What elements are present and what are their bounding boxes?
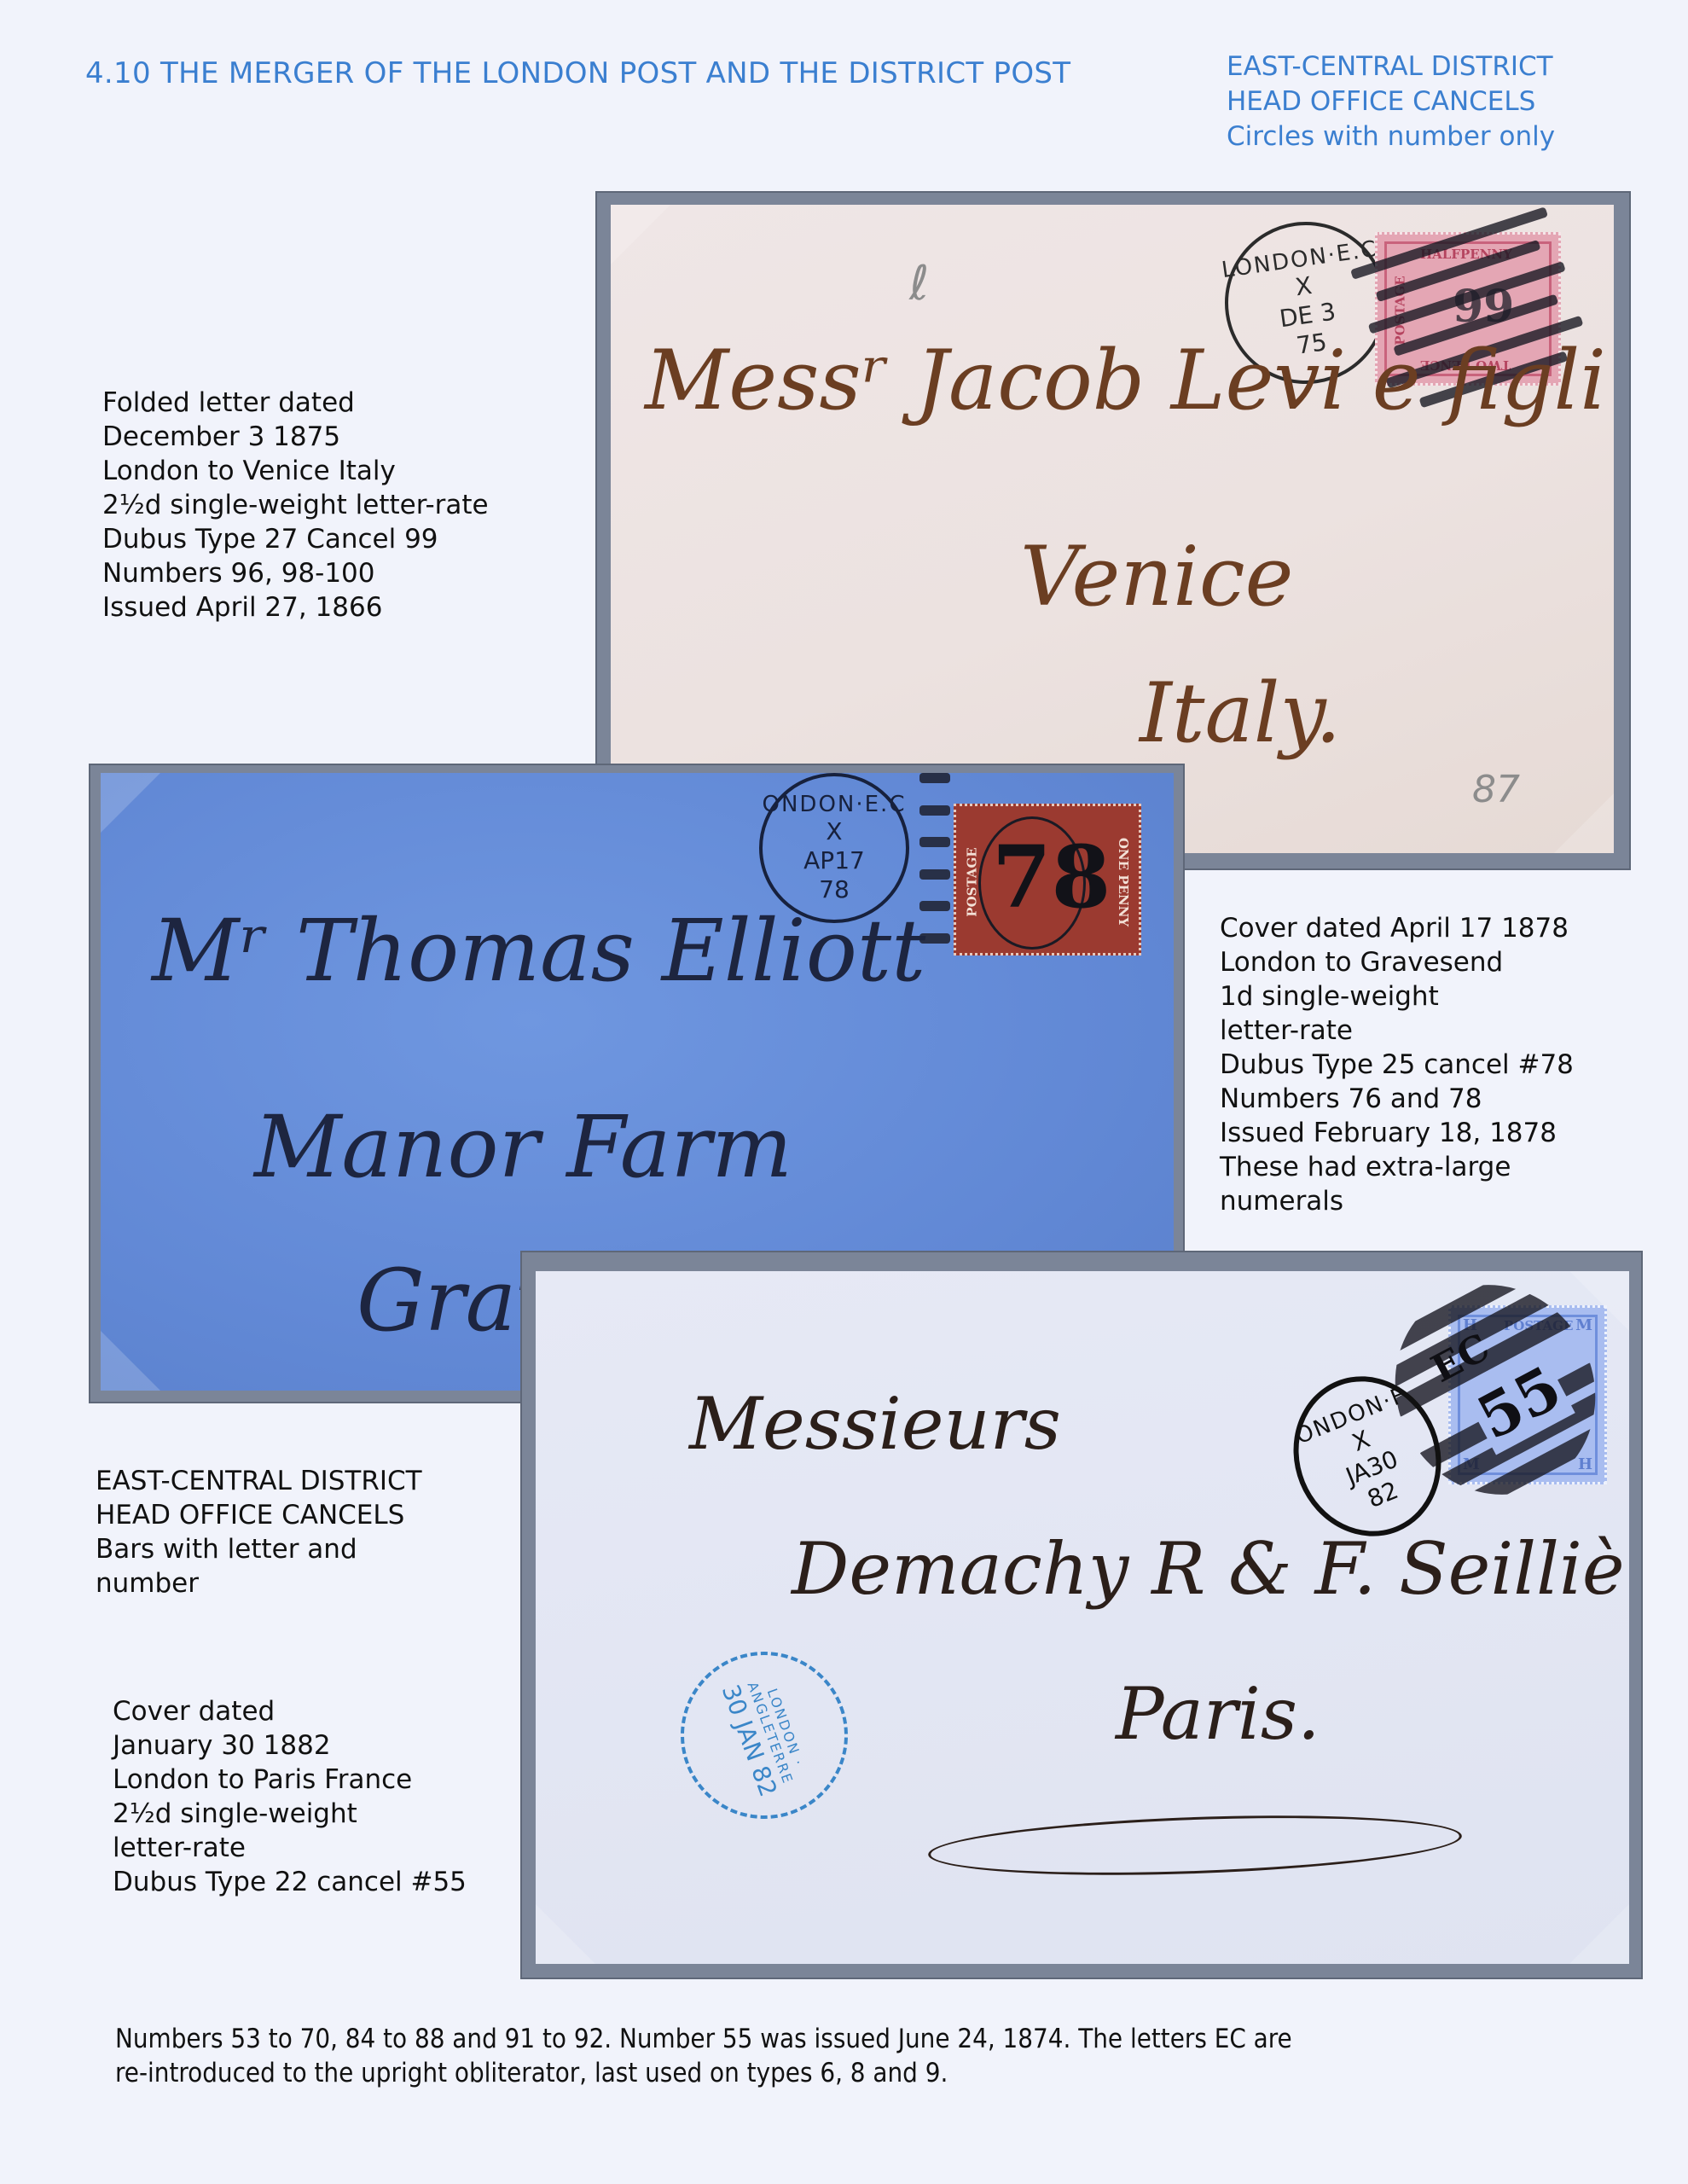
description-line: These had extra-large [1220,1150,1574,1184]
postmark-office: ONDON·E.C [763,792,907,817]
cover1-address-line: Messʳ Jacob Levi e figli [645,333,1606,428]
description-line: London to Venice Italy [102,454,489,488]
pencil-note: ℓ [909,256,929,311]
subheading-line: Circles with number only [1227,119,1555,154]
postmark-code: X [826,817,842,846]
cover3-address-line: Paris. [1116,1672,1320,1756]
postmark-date: DE 3 [1278,297,1337,334]
cover1-address-line: Venice [1020,529,1293,624]
mount-corner [611,205,670,264]
description-line: Dubus Type 22 cancel #55 [113,1865,467,1899]
subheading-line: Bars with letter and [96,1532,422,1566]
cover3-address-line: Demachy R & F. Seillière [792,1527,1629,1611]
subheading-line: number [96,1566,422,1600]
page-title: 4.10 THE MERGER OF THE LONDON POST AND T… [85,56,1070,90]
mount-corner [101,773,160,833]
section-subheading-circles: EAST-CENTRAL DISTRICT HEAD OFFICE CANCEL… [1227,49,1555,154]
cover3-entire-letter: H M M H POSTAGE EC 55 ONDON·F X JA30 82 … [536,1271,1629,1964]
pencil-note: 87 [1472,768,1520,811]
subheading-line: EAST-CENTRAL DISTRICT [96,1464,422,1498]
cover2-cancel-number: 78 [992,827,1111,927]
description-line: Cover dated [113,1694,467,1728]
description-line: numerals [1220,1184,1574,1218]
cover1-address-line: Italy. [1140,665,1341,761]
stamp-side-label: POSTAGE [965,847,980,916]
mount-corner [1554,793,1614,853]
footer-line: Numbers 53 to 70, 84 to 88 and 91 to 92.… [115,2022,1292,2056]
mount-corner [536,1904,595,1964]
footer-note: Numbers 53 to 70, 84 to 88 and 91 to 92.… [115,2022,1292,2090]
cover3-description: Cover dated January 30 1882 London to Pa… [113,1694,467,1899]
description-line: London to Gravesend [1220,945,1574,979]
description-line: letter-rate [113,1831,467,1865]
cover1-description: Folded letter dated December 3 1875 Lond… [102,386,489,624]
description-line: December 3 1875 [102,420,489,454]
stamp-corner-letter: H [1578,1455,1592,1473]
subheading-line: EAST-CENTRAL DISTRICT [1227,49,1555,84]
description-line: letter-rate [1220,1014,1574,1048]
footer-line: re-introduced to the upright obliterator… [115,2056,1292,2090]
cover2-stamp-penny-red: POSTAGE ONE PENNY 78 [954,804,1141,955]
stamp-corner-letter: M [1575,1316,1592,1334]
cover1-cancel-number: 99 [1453,281,1514,333]
description-line: Dubus Type 27 Cancel 99 [102,522,489,556]
cover2-address-line: Manor Farm [254,1097,792,1197]
description-line: January 30 1882 [113,1728,467,1763]
underline-flourish [927,1808,1463,1883]
description-line: Cover dated April 17 1878 [1220,911,1574,945]
description-line: Issued February 18, 1878 [1220,1116,1574,1150]
stamp-side-label: ONE PENNY [1116,838,1131,926]
description-line: 2½d single-weight letter-rate [102,488,489,522]
cover2-description: Cover dated April 17 1878 London to Grav… [1220,911,1574,1218]
subheading-line: HEAD OFFICE CANCELS [1227,84,1555,119]
mount-corner [101,1331,160,1391]
subheading-line: HEAD OFFICE CANCELS [96,1498,422,1532]
description-line: Issued April 27, 1866 [102,590,489,624]
postmark-year: 78 [819,875,850,904]
section-subheading-bars: EAST-CENTRAL DISTRICT HEAD OFFICE CANCEL… [96,1464,422,1600]
description-line: Numbers 76 and 78 [1220,1082,1574,1116]
cover3-receiving-mark: LONDON · ANGLETERRE 30 JAN 82 [657,1628,871,1842]
description-line: Dubus Type 25 cancel #78 [1220,1048,1574,1082]
description-line: Numbers 96, 98-100 [102,556,489,590]
postmark-date: AP17 [803,846,865,875]
description-line: London to Paris France [113,1763,467,1797]
postmark-code: X [1293,271,1314,302]
cover3-address-line: Messieurs [689,1382,1061,1466]
description-line: 1d single-weight [1220,979,1574,1014]
description-line: Folded letter dated [102,386,489,420]
cover2-address-line: Mʳ Thomas Elliott [152,901,925,1001]
cover1-folded-letter: ℓ 87 LONDON·E.C X DE 3 75 HALFPENNY TWO … [611,205,1614,853]
description-line: 2½d single-weight [113,1797,467,1831]
mount-corner [1569,1904,1629,1964]
